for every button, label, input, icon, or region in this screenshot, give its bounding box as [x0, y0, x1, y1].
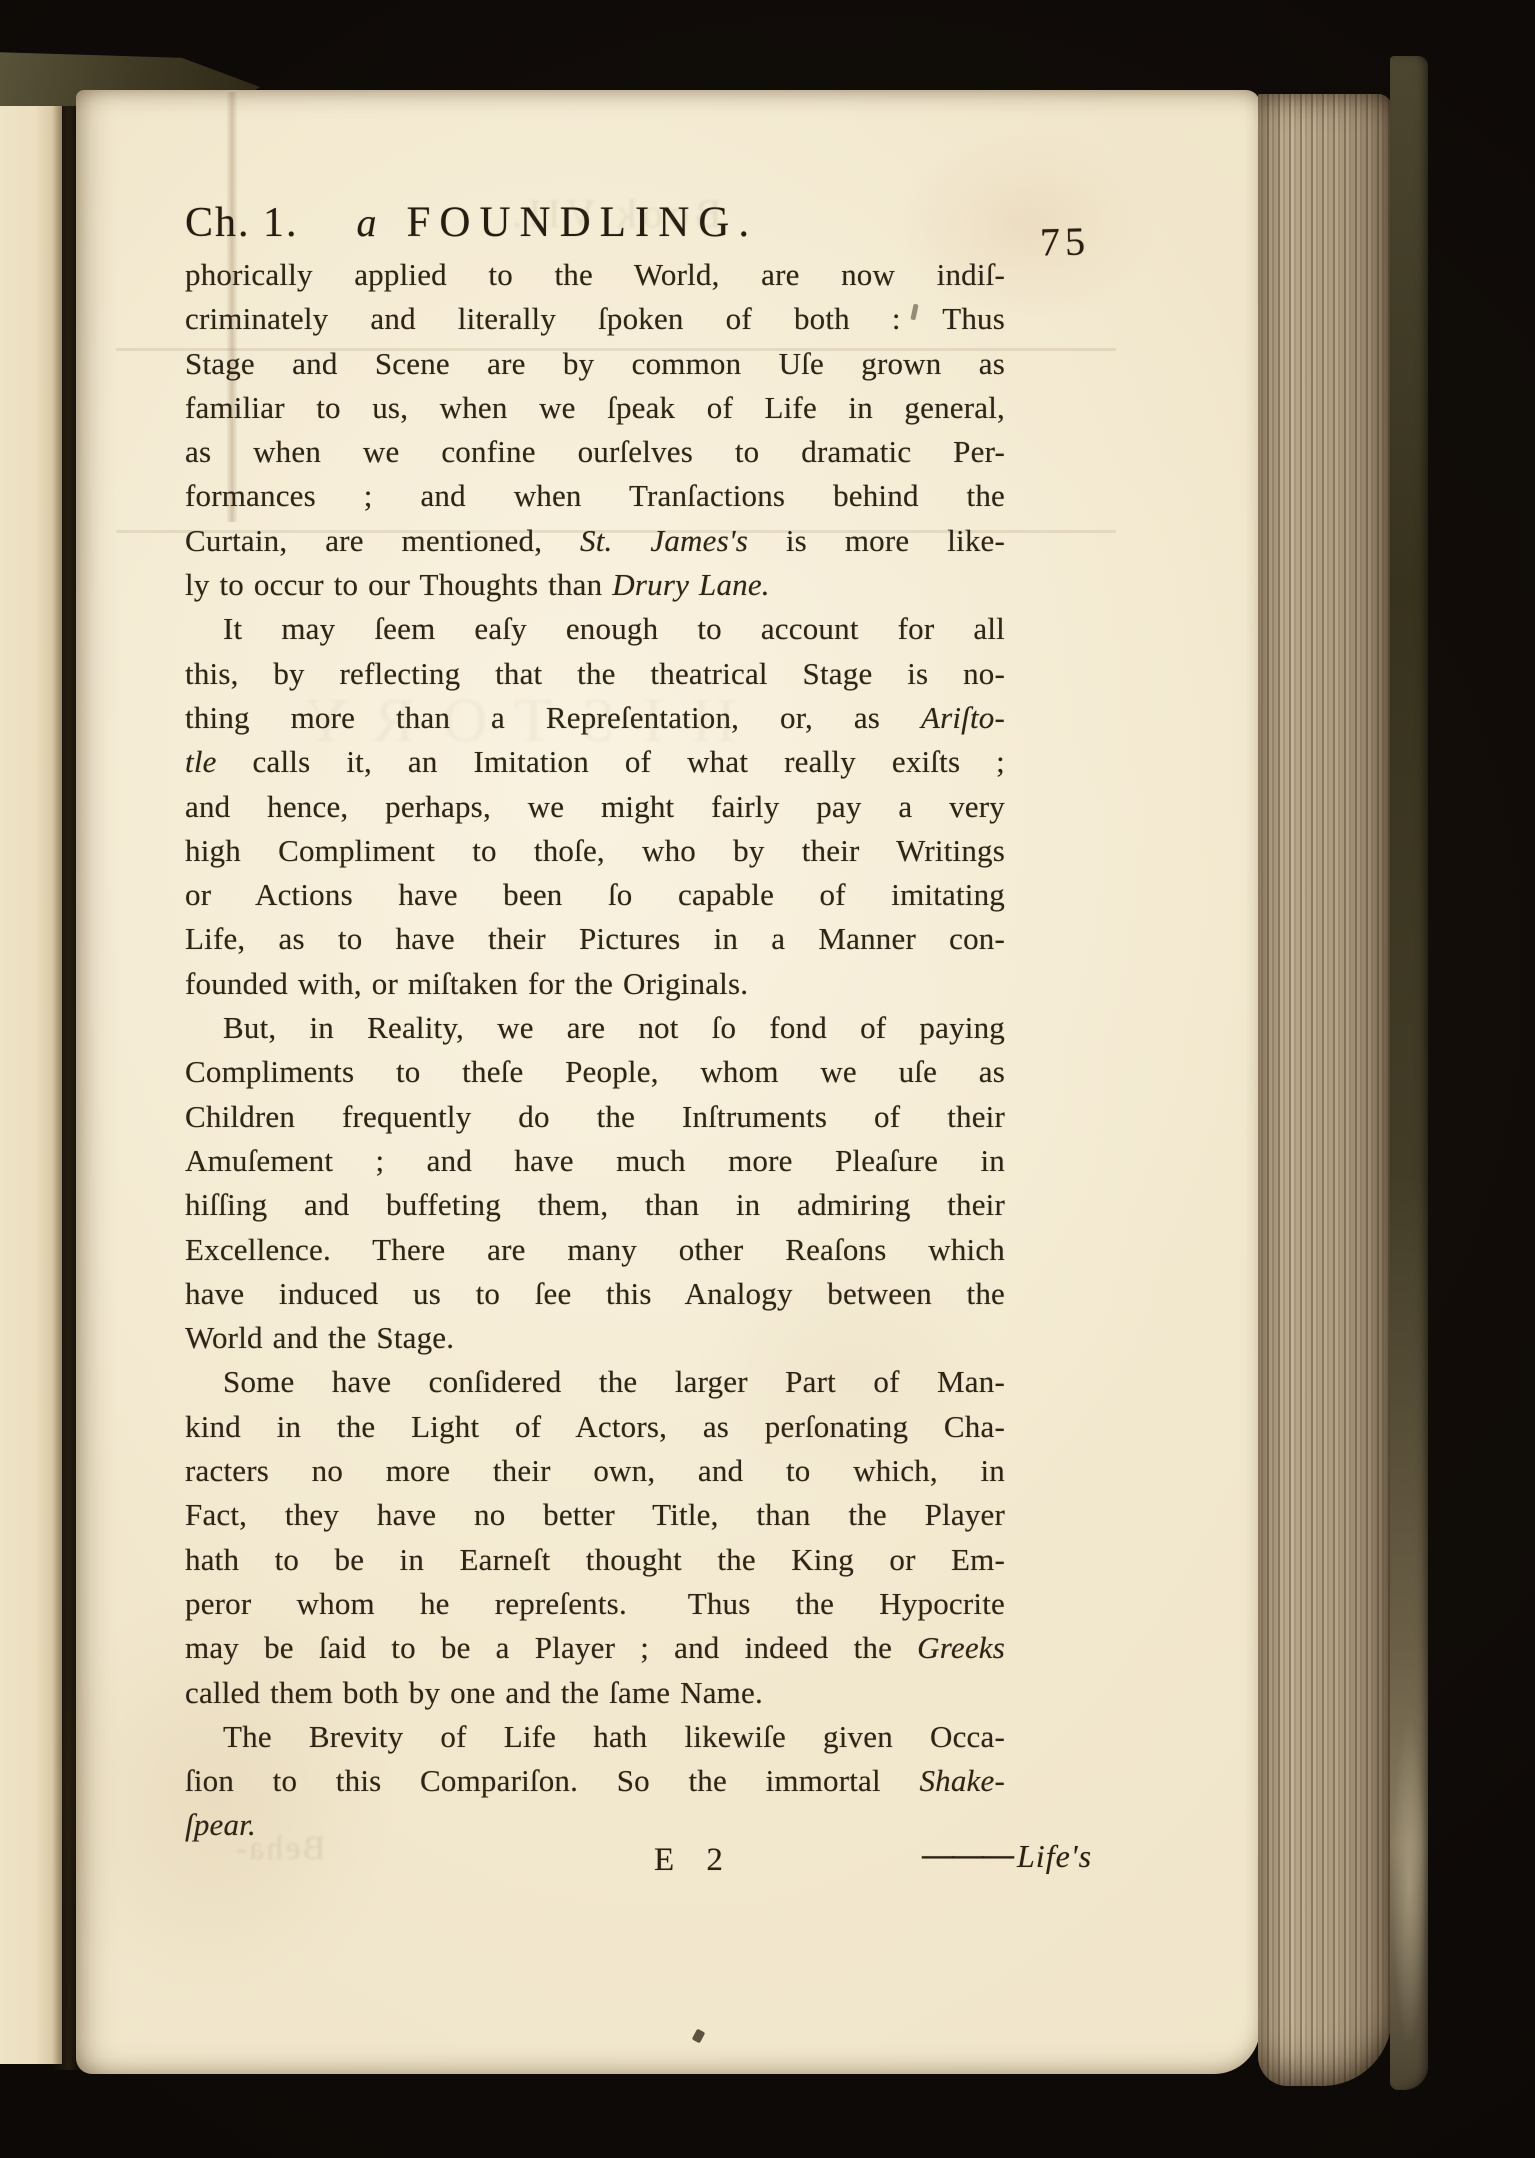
body-text-segment: high Compliment to thoſe, who by their W…	[185, 833, 1005, 868]
italic-text: Ariſto-	[921, 700, 1005, 735]
body-line: racters no more their own, and to which,…	[185, 1449, 1005, 1493]
body-line: have induced us to ſee this Analogy betw…	[185, 1272, 1005, 1316]
body-text-segment: as when we confine ourſelves to dramatic…	[185, 434, 1005, 469]
body-line: Some have conſidered the larger Part of …	[185, 1360, 1005, 1404]
body-text-segment: called them both by one and the ſame Nam…	[185, 1675, 763, 1710]
body-line: and hence, perhaps, we might fairly pay …	[185, 785, 1005, 829]
body-text-segment: Amuſement ; and have much more Pleaſure …	[185, 1143, 1005, 1178]
page-number: 75	[1039, 217, 1090, 265]
body-line: The Brevity of Life hath likewiſe given …	[185, 1715, 1005, 1759]
body-text-segment: Curtain, are mentioned,	[185, 523, 580, 558]
body-text-segment: World and the Stage.	[185, 1320, 454, 1355]
body-line: It may ſeem eaſy enough to account for a…	[185, 607, 1005, 651]
body-text-segment: formances ; and when Tranſactions behind…	[185, 478, 1005, 513]
body-line: familiar to us, when we ſpeak of Life in…	[185, 386, 1005, 430]
body-line: Compliments to theſe People, whom we uſe…	[185, 1050, 1005, 1094]
body-line: may be ſaid to be a Player ; and indeed …	[185, 1626, 1005, 1670]
body-text-segment: It may ſeem eaſy enough to account for a…	[223, 611, 1005, 646]
italic-text: ſpear.	[185, 1807, 256, 1842]
book-photo: Ch. 1. a FOUNDLING. 75 phorically applie…	[0, 0, 1535, 2158]
body-text-segment: may be ſaid to be a Player ; and indeed …	[185, 1630, 917, 1665]
body-line: tle calls it, an Imitation of what reall…	[185, 740, 1005, 784]
body-text-segment: have induced us to ſee this Analogy betw…	[185, 1276, 1005, 1311]
body-text-segment: criminately and literally ſpoken of both…	[185, 301, 1005, 336]
catchword-dash: ———	[922, 1836, 1012, 1873]
body-text-segment: Stage and Scene are by common Uſe grown …	[185, 346, 1005, 381]
body-line: founded with, or miſtaken for the Origin…	[185, 962, 1005, 1006]
body-line: or Actions have been ſo capable of imita…	[185, 873, 1005, 917]
italic-text: Greeks	[917, 1630, 1005, 1665]
body-line: Amuſement ; and have much more Pleaſure …	[185, 1139, 1005, 1183]
body-text-segment: Life, as to have their Pictures in a Man…	[185, 921, 1005, 956]
body-text: phorically applied to the World, are now…	[185, 253, 1005, 1848]
body-text-segment: kind in the Light of Actors, as perſonat…	[185, 1409, 1005, 1444]
italic-text: Shake-	[919, 1763, 1005, 1798]
body-text-segment: Compliments to theſe People, whom we uſe…	[185, 1054, 1005, 1089]
body-text-segment: is more like-	[748, 523, 1005, 558]
body-line: Fact, they have no better Title, than th…	[185, 1493, 1005, 1537]
body-line: criminately and literally ſpoken of both…	[185, 297, 1005, 341]
body-text-segment: calls it, an Imitation of what really ex…	[217, 744, 1005, 779]
body-text-segment: thing more than a Repreſentation, or, as	[185, 700, 921, 735]
body-line: Excellence. There are many other Reaſons…	[185, 1228, 1005, 1272]
body-text-segment: The Brevity of Life hath likewiſe given …	[223, 1719, 1005, 1754]
catchword-text: Life's	[1017, 1838, 1092, 1874]
body-line: high Compliment to thoſe, who by their W…	[185, 829, 1005, 873]
body-text-segment: phorically applied to the World, are now…	[185, 257, 1005, 292]
fore-edge-pages	[1258, 94, 1392, 2086]
italic-text: tle	[185, 744, 217, 779]
body-line: formances ; and when Tranſactions behind…	[185, 474, 1005, 518]
cover-edge	[1390, 56, 1428, 2090]
body-line: peror whom he repreſents. Thus the Hypoc…	[185, 1582, 1005, 1626]
header-title: FOUNDLING.	[407, 198, 759, 247]
body-text-segment: and hence, perhaps, we might fairly pay …	[185, 789, 1005, 824]
body-text-segment: Fact, they have no better Title, than th…	[185, 1497, 1005, 1532]
ink-speck	[692, 2029, 706, 2044]
body-text-segment: founded with, or miſtaken for the Origin…	[185, 966, 748, 1001]
body-text-segment: hiſſing and buffeting them, than in admi…	[185, 1187, 1005, 1222]
body-line: this, by reflecting that the theatrical …	[185, 652, 1005, 696]
book-page: Ch. 1. a FOUNDLING. 75 phorically applie…	[76, 90, 1260, 2074]
body-line: hath to be in Earneſt thought the King o…	[185, 1538, 1005, 1582]
body-line: Stage and Scene are by common Uſe grown …	[185, 342, 1005, 386]
chapter-label: Ch. 1.	[185, 199, 299, 247]
body-line: kind in the Light of Actors, as perſonat…	[185, 1405, 1005, 1449]
body-line: Children frequently do the Inſtruments o…	[185, 1095, 1005, 1139]
body-line: thing more than a Repreſentation, or, as…	[185, 696, 1005, 740]
body-line: as when we confine ourſelves to dramatic…	[185, 430, 1005, 474]
body-line: phorically applied to the World, are now…	[185, 253, 1005, 297]
body-line: But, in Reality, we are not ſo fond of p…	[185, 1006, 1005, 1050]
body-line: ſpear.	[185, 1803, 1005, 1847]
body-text-segment: racters no more their own, and to which,…	[185, 1453, 1005, 1488]
body-text-segment: ly to occur to our Thoughts than	[185, 567, 612, 602]
body-text-segment: hath to be in Earneſt thought the King o…	[185, 1542, 1005, 1577]
catchword: ———Life's	[922, 1838, 1092, 1875]
italic-text: Drury Lane.	[612, 567, 769, 602]
body-text-segment: peror whom he repreſents. Thus the Hypoc…	[185, 1586, 1005, 1621]
body-text-segment: or Actions have been ſo capable of imita…	[185, 877, 1005, 912]
body-text-segment: Excellence. There are many other Reaſons…	[185, 1232, 1005, 1267]
body-line: ſion to this Compariſon. So the immortal…	[185, 1759, 1005, 1803]
body-line: Curtain, are mentioned, St. James's is m…	[185, 519, 1005, 563]
body-text-segment: ſion to this Compariſon. So the immortal	[185, 1763, 919, 1798]
running-header: Ch. 1. a FOUNDLING.	[185, 198, 758, 247]
body-text-segment: this, by reflecting that the theatrical …	[185, 656, 1005, 691]
italic-text: St. James's	[580, 523, 748, 558]
header-article: a	[357, 199, 377, 246]
body-line: called them both by one and the ſame Nam…	[185, 1671, 1005, 1715]
body-line: World and the Stage.	[185, 1316, 1005, 1360]
body-line: ly to occur to our Thoughts than Drury L…	[185, 563, 1005, 607]
body-line: Life, as to have their Pictures in a Man…	[185, 917, 1005, 961]
body-text-segment: Some have conſidered the larger Part of …	[223, 1364, 1005, 1399]
body-text-segment: But, in Reality, we are not ſo fond of p…	[223, 1010, 1005, 1045]
body-text-segment: Children frequently do the Inſtruments o…	[185, 1099, 1005, 1134]
signature-mark: E 2	[654, 1842, 735, 1879]
body-line: hiſſing and buffeting them, than in admi…	[185, 1183, 1005, 1227]
body-text-segment: familiar to us, when we ſpeak of Life in…	[185, 390, 1005, 425]
